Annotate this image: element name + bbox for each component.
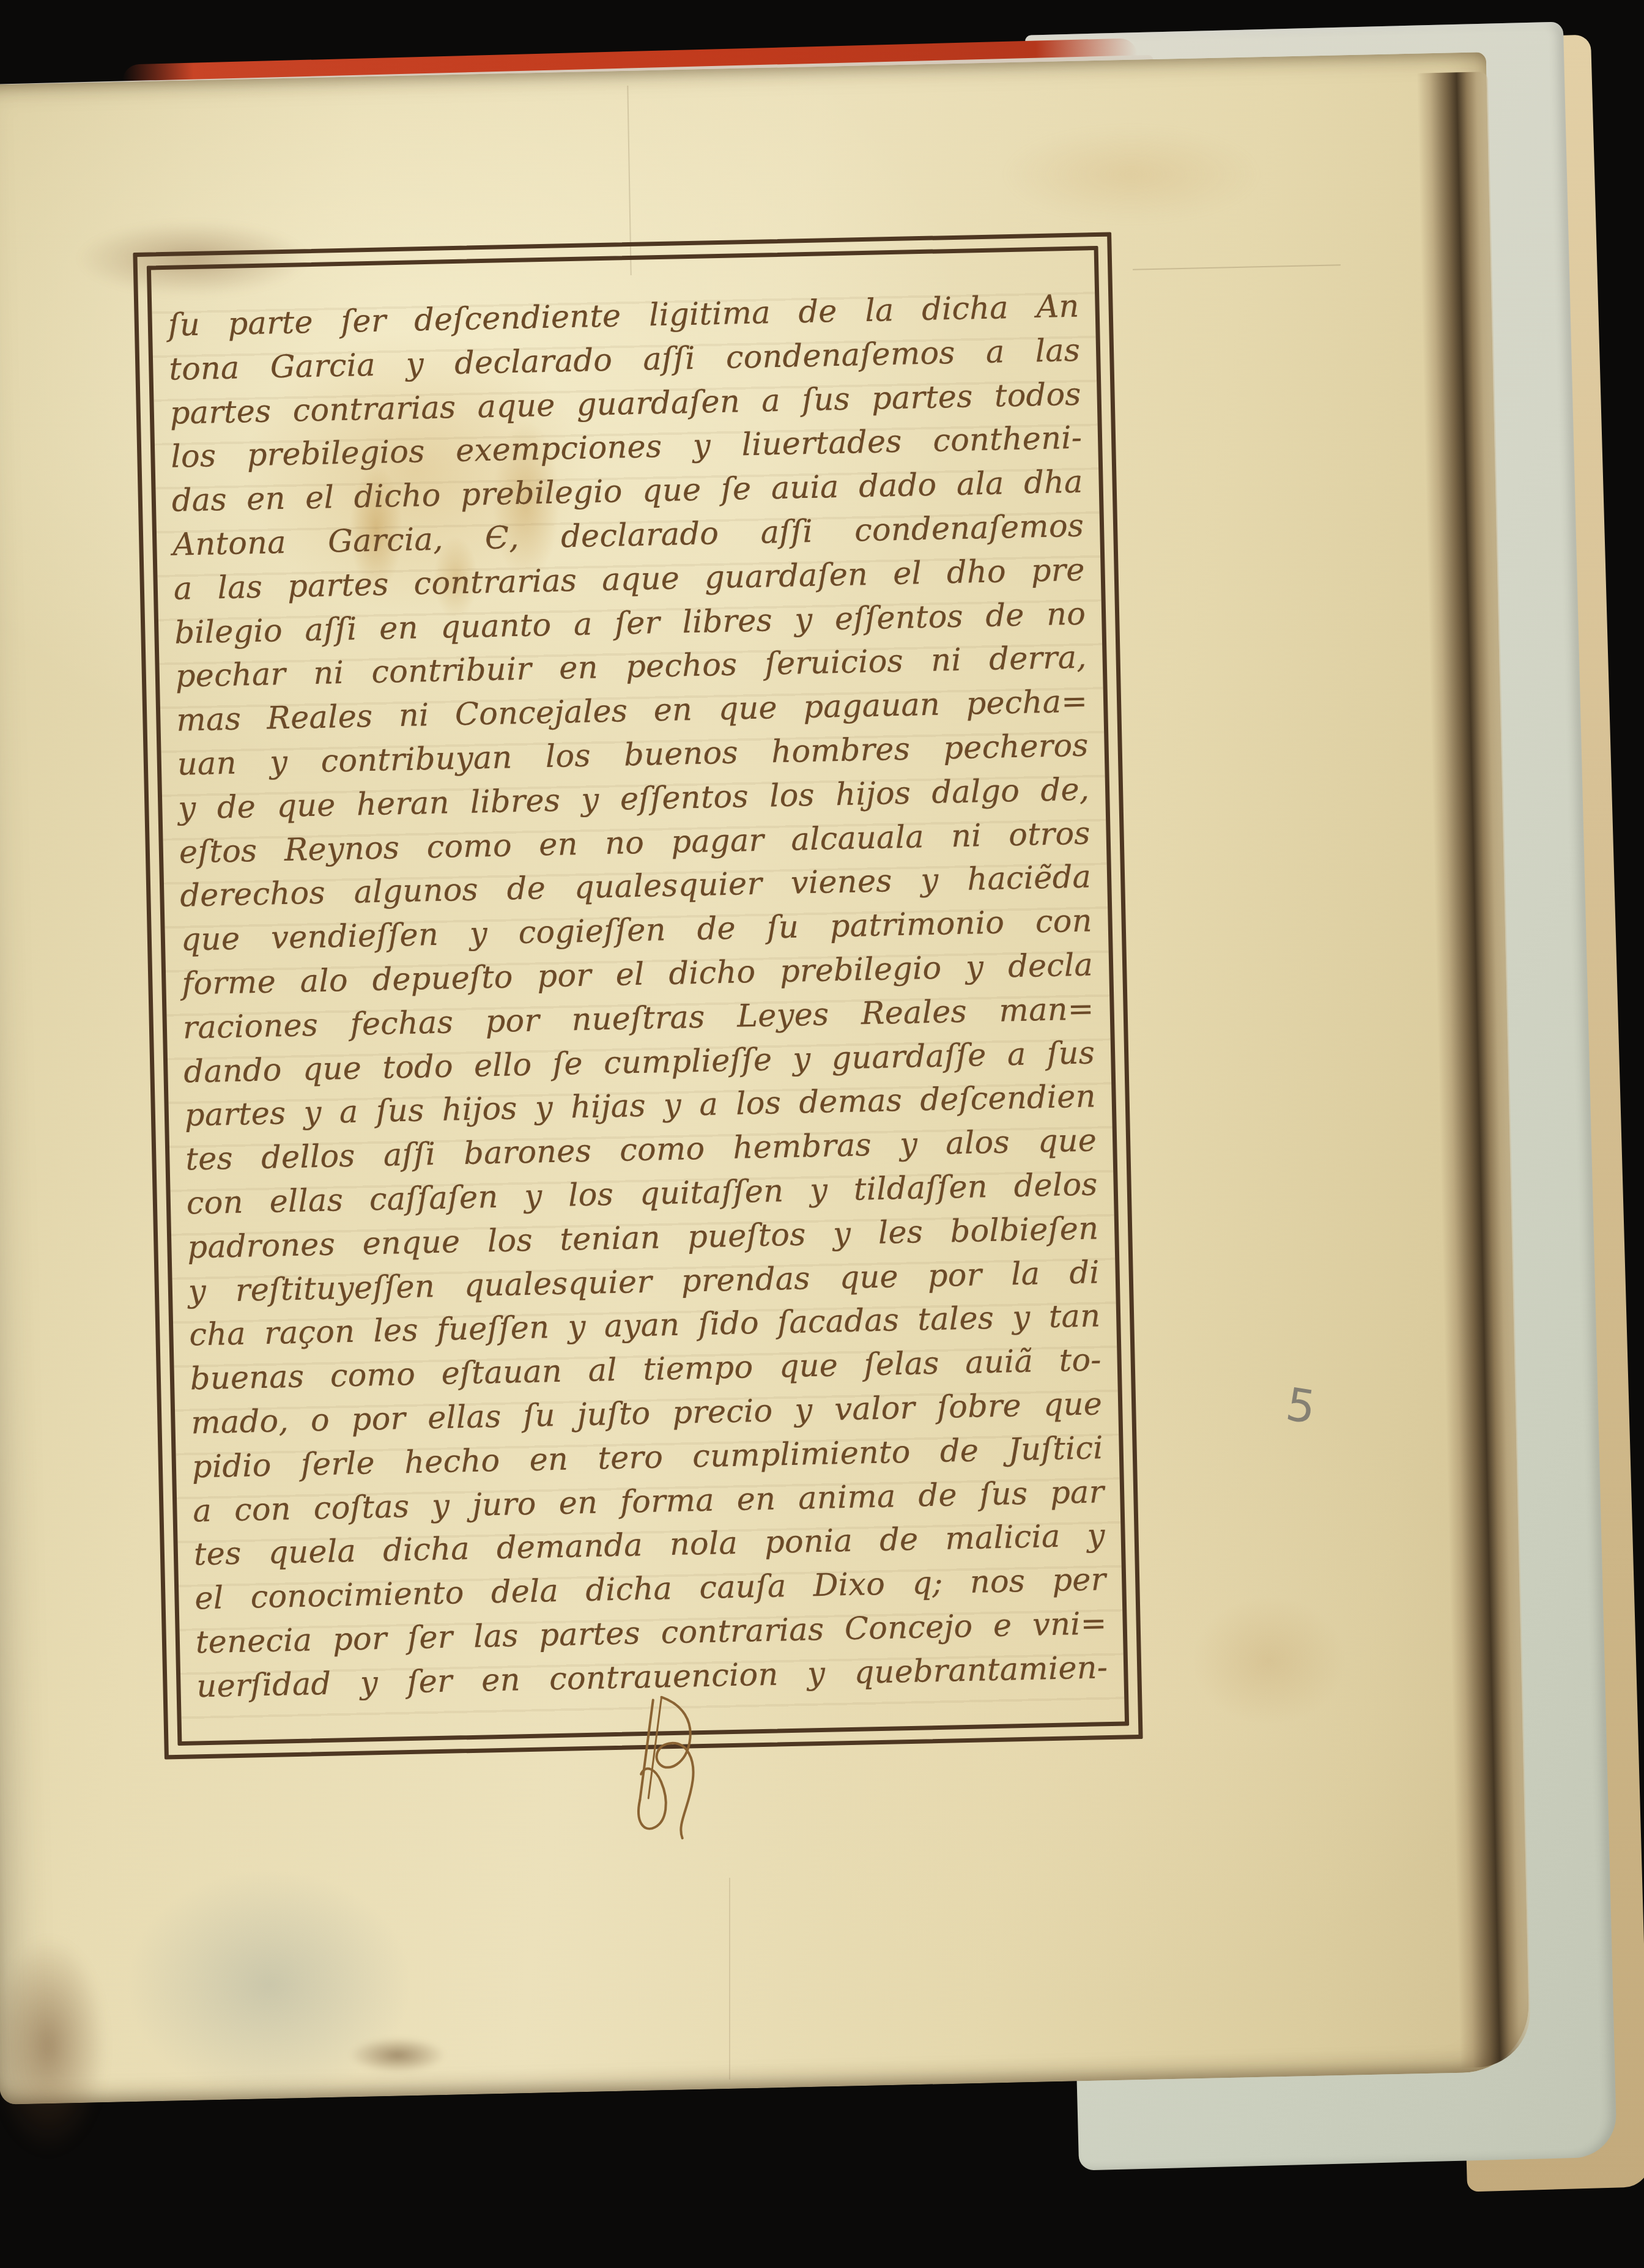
ruled-text-frame-inner: ſu parte ſer deſcendiente ligitima de la… <box>147 246 1129 1746</box>
folio-number-pencil: 5 <box>1268 1369 1333 1444</box>
ruled-text-frame: ſu parte ſer deſcendiente ligitima de la… <box>133 232 1142 1760</box>
manuscript-text-block: ſu parte ſer deſcendiente ligitima de la… <box>151 250 1125 1741</box>
notary-rubric-flourish-icon <box>621 1693 721 1851</box>
manuscript-photo: ſu parte ſer deſcendiente ligitima de la… <box>0 0 1644 2268</box>
